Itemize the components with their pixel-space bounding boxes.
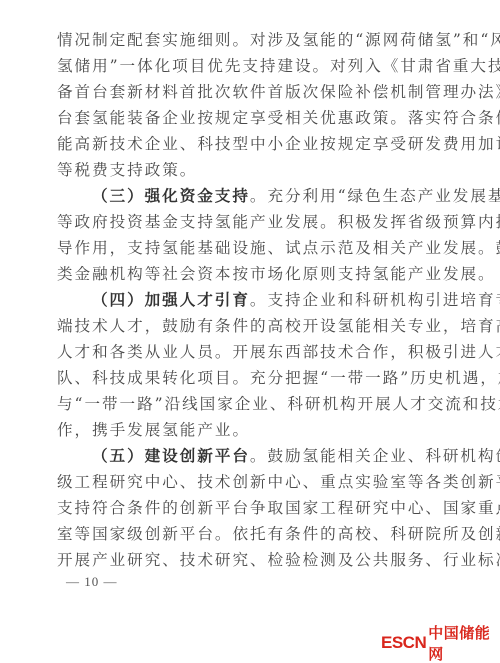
text-line: 级工程研究中心、技术创新中心、重点实验室等各类创新平台， — [57, 469, 427, 495]
section-heading-line: （三）强化资金支持。充分利用“绿色生态产业发展基金” — [57, 183, 427, 209]
section-heading-line: （四）加强人才引育。支持企业和科研机构引进培育专业高 — [57, 287, 427, 313]
text-line: 队、科技成果转化项目。充分把握“一带一路”历史机遇，加强 — [57, 365, 427, 391]
text-line: 情况制定配套实施细则。对涉及氢能的“源网荷储氢”和“风光 — [57, 27, 427, 53]
section-text: 。支持企业和科研机构引进培育专业高 — [250, 291, 500, 309]
section-heading-5: （五）建设创新平台 — [92, 446, 250, 465]
text-line: 氢储用”一体化项目优先支持建设。对列入《甘肃省重大技术装 — [57, 53, 427, 79]
body-text: 情况制定配套实施细则。对涉及氢能的“源网荷储氢”和“风光 氢储用”一体化项目优先… — [57, 27, 427, 573]
text-line: 导作用，支持氢能基础设施、试点示范及相关产业发展。鼓励各 — [57, 235, 427, 261]
text-line: 室等国家级创新平台。依托有条件的高校、科研院所及创新平台 — [57, 521, 427, 547]
section-heading-line: （五）建设创新平台。鼓励氢能相关企业、科研机构创建省 — [57, 443, 427, 469]
text-line: 作，携手发展氢能产业。 — [57, 417, 427, 443]
text-line: 类金融机构等社会资本按市场化原则支持氢能产业发展。 — [57, 261, 427, 287]
text-line: 备首台套新材料首批次软件首版次保险补偿机制管理办法》的首 — [57, 79, 427, 105]
text-line: 人才和各类从业人员。开展东西部技术合作，积极引进人才团 — [57, 339, 427, 365]
text-line: 台套氢能装备企业按规定享受相关优惠政策。落实符合条件的氢 — [57, 105, 427, 131]
text-line: 支持符合条件的创新平台争取国家工程研究中心、国家重点实验 — [57, 495, 427, 521]
section-text: 。充分利用“绿色生态产业发展基金” — [250, 187, 500, 205]
text-line: 端技术人才，鼓励有条件的高校开设氢能相关专业，培育高技术 — [57, 313, 427, 339]
document-page: 情况制定配套实施细则。对涉及氢能的“源网荷储氢”和“风光 氢储用”一体化项目优先… — [0, 0, 500, 663]
section-heading-3: （三）强化资金支持 — [92, 186, 250, 205]
text-line: 与“一带一路”沿线国家企业、科研机构开展人才交流和技术合 — [57, 391, 427, 417]
watermark-chinese: 中国储能网 — [428, 622, 500, 663]
escn-watermark-logo: ESCN 中国储能网 — [381, 633, 500, 653]
page-number: — 10 — — [66, 574, 118, 590]
watermark-latin: ESCN — [381, 633, 426, 653]
text-line: 能高新技术企业、科技型中小企业按规定享受研发费用加计扣除 — [57, 131, 427, 157]
text-line: 等政府投资基金支持氢能产业发展。积极发挥省级预算内投资引 — [57, 209, 427, 235]
section-text: 。鼓励氢能相关企业、科研机构创建省 — [250, 447, 500, 465]
text-line: 开展产业研究、技术研究、检验检测及公共服务、行业标准体系 — [57, 547, 427, 573]
section-heading-4: （四）加强人才引育 — [92, 290, 250, 309]
text-line: 等税费支持政策。 — [57, 157, 427, 183]
